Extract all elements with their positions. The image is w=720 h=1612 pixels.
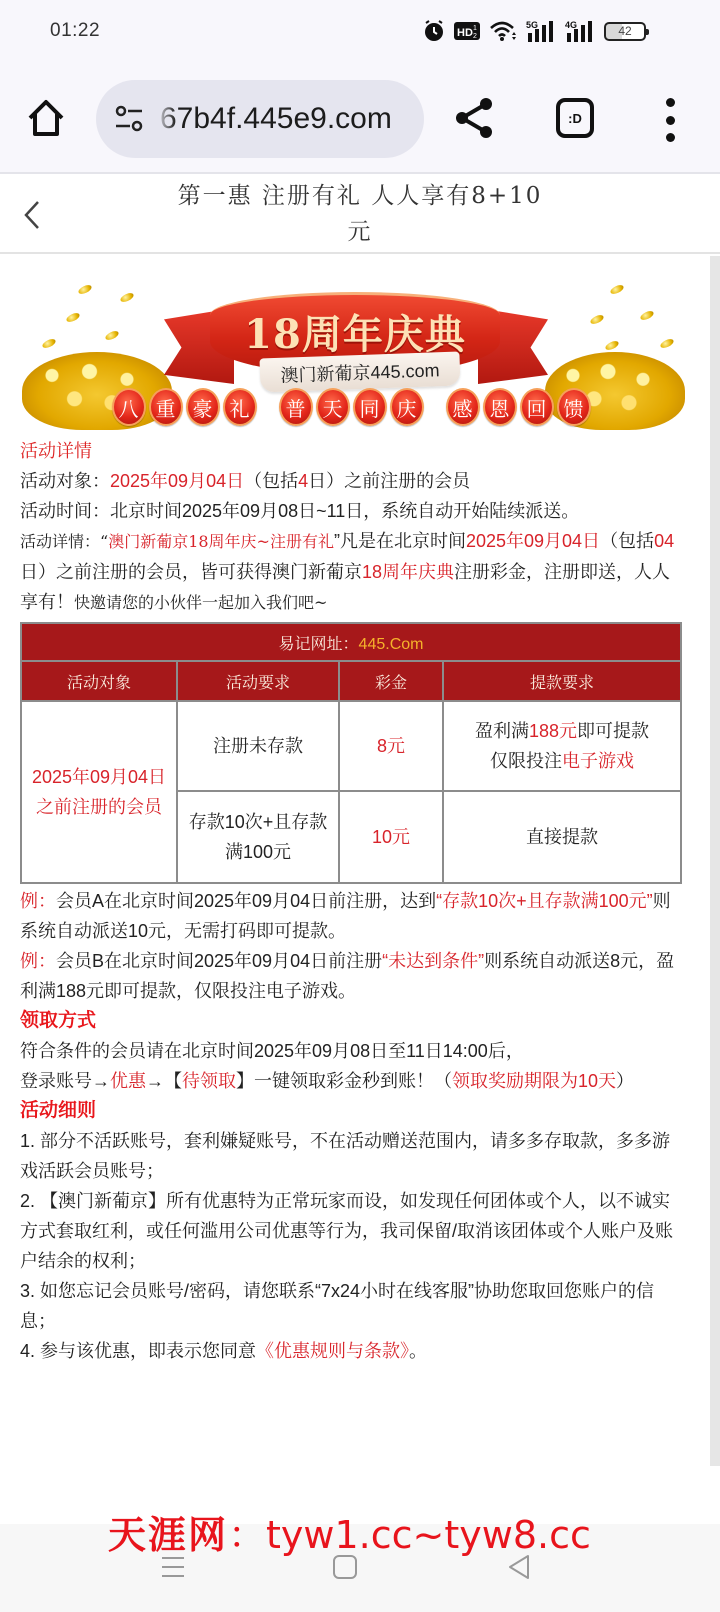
text: 满100元 — [178, 837, 338, 867]
target-cell: 2025年09月04日 之前注册的会员 — [21, 701, 177, 883]
wifi-icon — [489, 20, 517, 42]
text: 登录账号→ — [20, 1071, 110, 1091]
example-a: 例：会员A在北京时间2025年09月04日前注册，达到“存款10次+且存款满10… — [20, 886, 682, 946]
example-prefix: 例： — [20, 891, 56, 911]
badge: 回 — [520, 388, 554, 426]
text: 盈利满 — [475, 721, 529, 741]
text: 2025年09月04日 — [22, 762, 176, 792]
svg-text:HD: HD — [457, 27, 473, 39]
text: 即可提款 — [577, 721, 649, 741]
text: 仅限投注 — [490, 751, 562, 771]
svg-text:2: 2 — [473, 33, 477, 40]
address-bar[interactable]: 67b4f.445e9.com — [96, 80, 424, 158]
rule-item: 1. 部分不活跃账号，套利嫌疑账号，不在活动赠送范围内，请多多存取款，多多游戏活… — [20, 1126, 682, 1186]
badge: 恩 — [483, 388, 517, 426]
invite-text: 快邀请您的小伙伴一起加入我们吧~ — [74, 593, 327, 612]
dot — [666, 98, 675, 107]
rule-item: 2. 【澳门新葡京】所有优惠特为正常玩家而设，如发现任何团体或个人，以不诚实方式… — [20, 1186, 682, 1276]
column-header: 提款要求 — [443, 661, 681, 701]
hd-voice-icon: HD12 — [454, 21, 480, 41]
coin-icon — [119, 291, 135, 303]
home-button[interactable] — [24, 96, 68, 140]
caption-label: 易记网址： — [279, 634, 359, 653]
day: 4 — [298, 471, 308, 491]
url-text[interactable]: 67b4f.445e9.com — [160, 102, 392, 136]
details-title: 活动详情 — [20, 438, 682, 466]
badge: 同 — [353, 388, 387, 426]
status-icons: HD12 5G 4G 42 — [423, 18, 646, 44]
page-title-line2: 元 — [160, 214, 560, 250]
coin-icon — [589, 313, 605, 325]
requirement-cell: 存款10次+且存款 满100元 — [177, 791, 339, 883]
rule-item: 3. 如您忘记会员账号/密码，请您联系“7x24小时在线客服”协助您取回您账户的… — [20, 1276, 682, 1336]
dot — [666, 133, 675, 142]
claim-title: 领取方式 — [20, 1006, 682, 1036]
site-settings-icon[interactable] — [112, 102, 146, 136]
tabs-button[interactable]: :D — [556, 98, 594, 138]
text: →【 — [146, 1071, 182, 1091]
example-b: 例：会员B在北京时间2025年09月04日前注册“未达到条件”则系统自动派送8元… — [20, 946, 682, 1006]
terms-link[interactable]: 《优惠规则与条款》 — [256, 1341, 409, 1361]
signal-4g-icon: 4G — [565, 19, 595, 43]
battery-icon: 42 — [604, 22, 646, 41]
highlight: 18周年庆典 — [362, 562, 454, 582]
table-row: 2025年09月04日 之前注册的会员 注册未存款 8元 盈利满188元即可提款… — [21, 701, 681, 791]
share-icon — [452, 96, 496, 140]
promo-link[interactable]: 优惠 — [110, 1071, 146, 1091]
game-type: 电子游戏 — [562, 751, 634, 771]
text: （包括 — [244, 471, 298, 491]
alarm-icon — [423, 19, 445, 43]
page-content: 18周年庆典 澳门新葡京445.com 八 重 豪 礼 普 天 同 庆 感 恩 … — [20, 256, 682, 1366]
text: 会员A在北京时间2025年09月04日前注册，达到 — [56, 891, 436, 911]
bonus-table: 易记网址：445.Com 活动对象 活动要求 彩金 提款要求 2025年09月0… — [20, 622, 682, 884]
value: 北京时间2025年09月08日~11日，系统自动开始陆续派送。 — [110, 501, 579, 521]
badge: 八 — [112, 388, 146, 426]
chevron-left-icon — [18, 198, 46, 232]
banner-plate: 澳门新葡京445.com — [259, 352, 460, 393]
bonus-cell: 10元 — [339, 791, 443, 883]
target-line: 活动对象：2025年09月04日（包括4日）之前注册的会员 — [20, 466, 682, 496]
label: 活动详情：“ — [20, 532, 108, 551]
badge-group-3: 感 恩 回 馈 — [446, 388, 591, 426]
coin-icon — [104, 329, 120, 341]
deadline-note: 领取奖励期限为10天 — [452, 1071, 616, 1091]
withdraw-cell: 盈利满188元即可提款 仅限投注电子游戏 — [443, 701, 681, 791]
amount: 188元 — [529, 721, 577, 741]
text: ） — [616, 1071, 634, 1091]
text: 存款10次+且存款 — [178, 807, 338, 837]
coin-icon — [41, 337, 57, 349]
badge: 重 — [149, 388, 183, 426]
badge: 感 — [446, 388, 480, 426]
quote: “未达到条件” — [382, 951, 484, 971]
badge-group-1: 八 重 豪 礼 — [112, 388, 257, 426]
more-menu-button[interactable] — [660, 98, 680, 142]
svg-text:1: 1 — [473, 25, 477, 32]
coin-icon — [604, 339, 620, 351]
text: 。 — [409, 1341, 427, 1361]
table-caption: 易记网址：445.Com — [21, 623, 681, 661]
caption-url[interactable]: 445.Com — [359, 636, 424, 653]
svg-text:4G: 4G — [565, 20, 577, 30]
text: （包括 — [600, 531, 654, 551]
column-header: 活动要求 — [177, 661, 339, 701]
quote: 澳门新葡京18周年庆~注册有礼 — [108, 532, 334, 551]
badge: 豪 — [186, 388, 220, 426]
watermark-urls: tyw1.cc~tyw8.cc — [266, 1513, 591, 1557]
home-icon — [24, 96, 68, 140]
signal-5g-icon: 5G — [526, 19, 556, 43]
scrollbar[interactable] — [710, 256, 720, 1466]
text: 4. 参与该优惠，即表示您同意 — [20, 1341, 256, 1361]
badge: 普 — [279, 388, 313, 426]
label: 活动时间： — [20, 501, 110, 521]
page-title-line1: 第一惠 注册有礼 人人享有8+10 — [160, 178, 560, 214]
coin-icon — [65, 311, 81, 323]
withdraw-cell: 直接提款 — [443, 791, 681, 883]
status-bar: 01:22 HD12 5G 4G 42 — [0, 0, 720, 62]
bonus-cell: 8元 — [339, 701, 443, 791]
badge-group-2: 普 天 同 庆 — [279, 388, 424, 426]
status-time: 01:22 — [50, 20, 100, 42]
requirement-cell: 注册未存款 — [177, 701, 339, 791]
coin-icon — [659, 337, 675, 349]
svg-text:5G: 5G — [526, 20, 538, 30]
badge-row: 八 重 豪 礼 普 天 同 庆 感 恩 回 馈 — [20, 388, 682, 426]
text: ”凡是在北京时间 — [334, 531, 466, 551]
text: 】一键领取彩金秒到账！（ — [236, 1071, 452, 1091]
page-header: 第一惠 注册有礼 人人享有8+10 元 — [0, 176, 720, 254]
coin-icon — [639, 309, 655, 321]
claim-line2: 登录账号→优惠→【待领取】一键领取彩金秒到账！（领取奖励期限为10天） — [20, 1066, 682, 1096]
coin-icon — [77, 283, 93, 295]
rule-item: 4. 参与该优惠，即表示您同意《优惠规则与条款》。 — [20, 1336, 682, 1366]
text: 之前注册的会员 — [22, 792, 176, 822]
banner-site-name: 澳门新葡京445.com — [280, 356, 440, 388]
text: 日）之前注册的会员 — [308, 471, 470, 491]
claim-line1: 符合条件的会员请在北京时间2025年09月08日至11日14:00后， — [20, 1036, 682, 1066]
browser-toolbar: 67b4f.445e9.com :D — [0, 62, 720, 174]
text: 会员B在北京时间2025年09月04日前注册 — [56, 951, 382, 971]
column-header: 彩金 — [339, 661, 443, 701]
example-prefix: 例： — [20, 951, 56, 971]
table-header-row: 活动对象 活动要求 彩金 提款要求 — [21, 661, 681, 701]
anniversary-banner: 18周年庆典 澳门新葡京445.com 八 重 豪 礼 普 天 同 庆 感 恩 … — [20, 256, 682, 438]
page-title: 第一惠 注册有礼 人人享有8+10 元 — [160, 178, 560, 250]
watermark-brand: 天涯网 — [108, 1512, 228, 1557]
detail-paragraph: 活动详情：“澳门新葡京18周年庆~注册有礼”凡是在北京时间2025年09月04日… — [20, 526, 682, 618]
watermark: 天涯网：tyw1.cc~tyw8.cc — [108, 1504, 591, 1559]
label: 活动对象： — [20, 471, 110, 491]
badge: 礼 — [223, 388, 257, 426]
time-line: 活动时间：北京时间2025年09月08日~11日，系统自动开始陆续派送。 — [20, 496, 682, 526]
quote: “存款10次+且存款满100元” — [436, 891, 653, 911]
back-button[interactable] — [18, 198, 46, 232]
share-button[interactable] — [452, 96, 496, 140]
date: 2025年09月04日 — [110, 471, 244, 491]
watermark-sep: ： — [228, 1513, 266, 1557]
day: 04 — [654, 531, 674, 551]
coin-icon — [609, 283, 625, 295]
table-caption-row: 易记网址：445.Com — [21, 623, 681, 661]
column-header: 活动对象 — [21, 661, 177, 701]
badge: 天 — [316, 388, 350, 426]
pending-claim-link[interactable]: 待领取 — [182, 1071, 236, 1091]
date: 2025年09月04日 — [466, 531, 600, 551]
badge: 馈 — [557, 388, 591, 426]
rules-title: 活动细则 — [20, 1096, 682, 1126]
text: 日）之前注册的会员，皆可获得澳门新葡京 — [20, 562, 362, 582]
dot — [666, 116, 675, 125]
badge: 庆 — [390, 388, 424, 426]
